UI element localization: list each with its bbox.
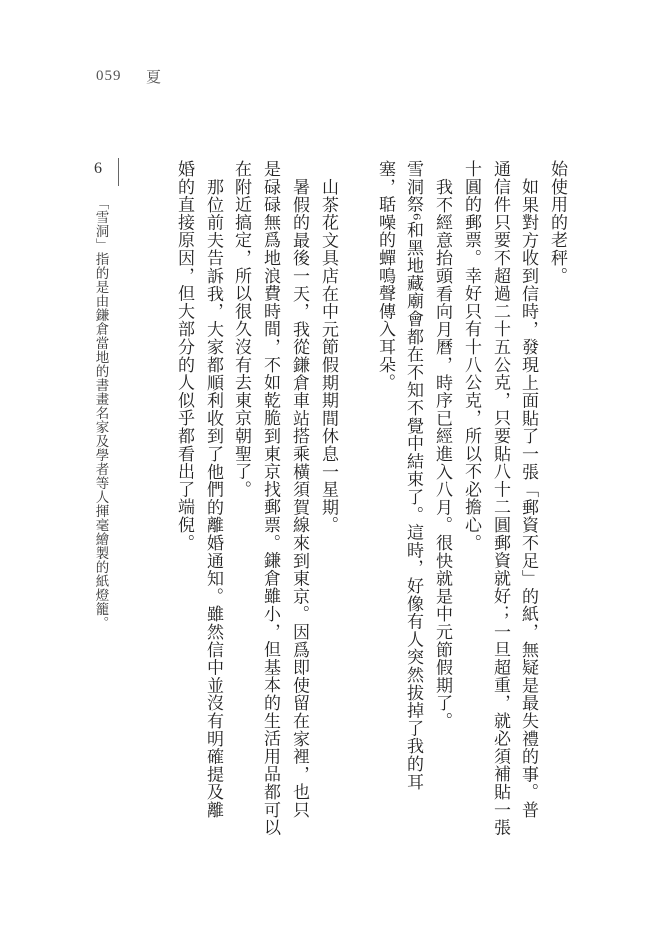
text-column: 在附近搞定，所以很久沒有去東京朝聖了。 (232, 160, 249, 498)
page-header: 059 夏 (96, 66, 122, 85)
text-column: 十圓的郵票。幸好只有十八公克，所以不必擔心。 (462, 160, 479, 552)
text-column: 山茶花文具店在中元節假期期間休息一星期。 (319, 178, 336, 534)
text-column: 雪洞祭⁶和黑地藏廟會都在不知不覺中結束了。這時，好像有人突然拔掉了我的耳 (404, 160, 421, 791)
text-column: 是碌碌無爲地浪費時間，不如乾脆到東京找郵票。鎌倉雖小，但基本的生活用品都可以 (261, 160, 278, 836)
text-column: 我不經意抬頭看向月曆，時序已經進入八月。很快就是中元節假期了。 (433, 178, 450, 730)
text-column: 暑假的最後一天，我從鎌倉車站搭乘橫須賀線來到東京。因爲即使留在家裡，也只 (290, 178, 307, 819)
text-column: 塞，聒噪的蟬鳴聲傳入耳朵。 (376, 160, 393, 391)
page-number: 059 (96, 68, 122, 84)
footnote-number: 6 (94, 160, 102, 178)
text-column: 婚的直接原因，但大部分的人似乎都看出了端倪。 (175, 160, 192, 552)
text-column: 通信件只要不超過二十五公克，只要貼八十二圓郵資就好；一旦超重，就必須補貼一張 (491, 160, 508, 836)
footnote-text: 「雪洞」指的是由鎌倉當地的書畫名家及學者等人揮毫繪製的紙燈籠。 (93, 196, 107, 630)
text-column: 始使用的老秤。 (548, 160, 565, 285)
text-column: 如果對方收到信時，發現上面貼了一張「郵資不足」的紙，無疑是最失禮的事。普 (519, 178, 536, 819)
footnote-rule (118, 158, 119, 186)
text-column: 那位前夫告訴我，大家都順利收到了他們的離婚通知。雖然信中並沒有明確提及離 (204, 178, 221, 819)
chapter-title: 夏 (146, 66, 162, 87)
